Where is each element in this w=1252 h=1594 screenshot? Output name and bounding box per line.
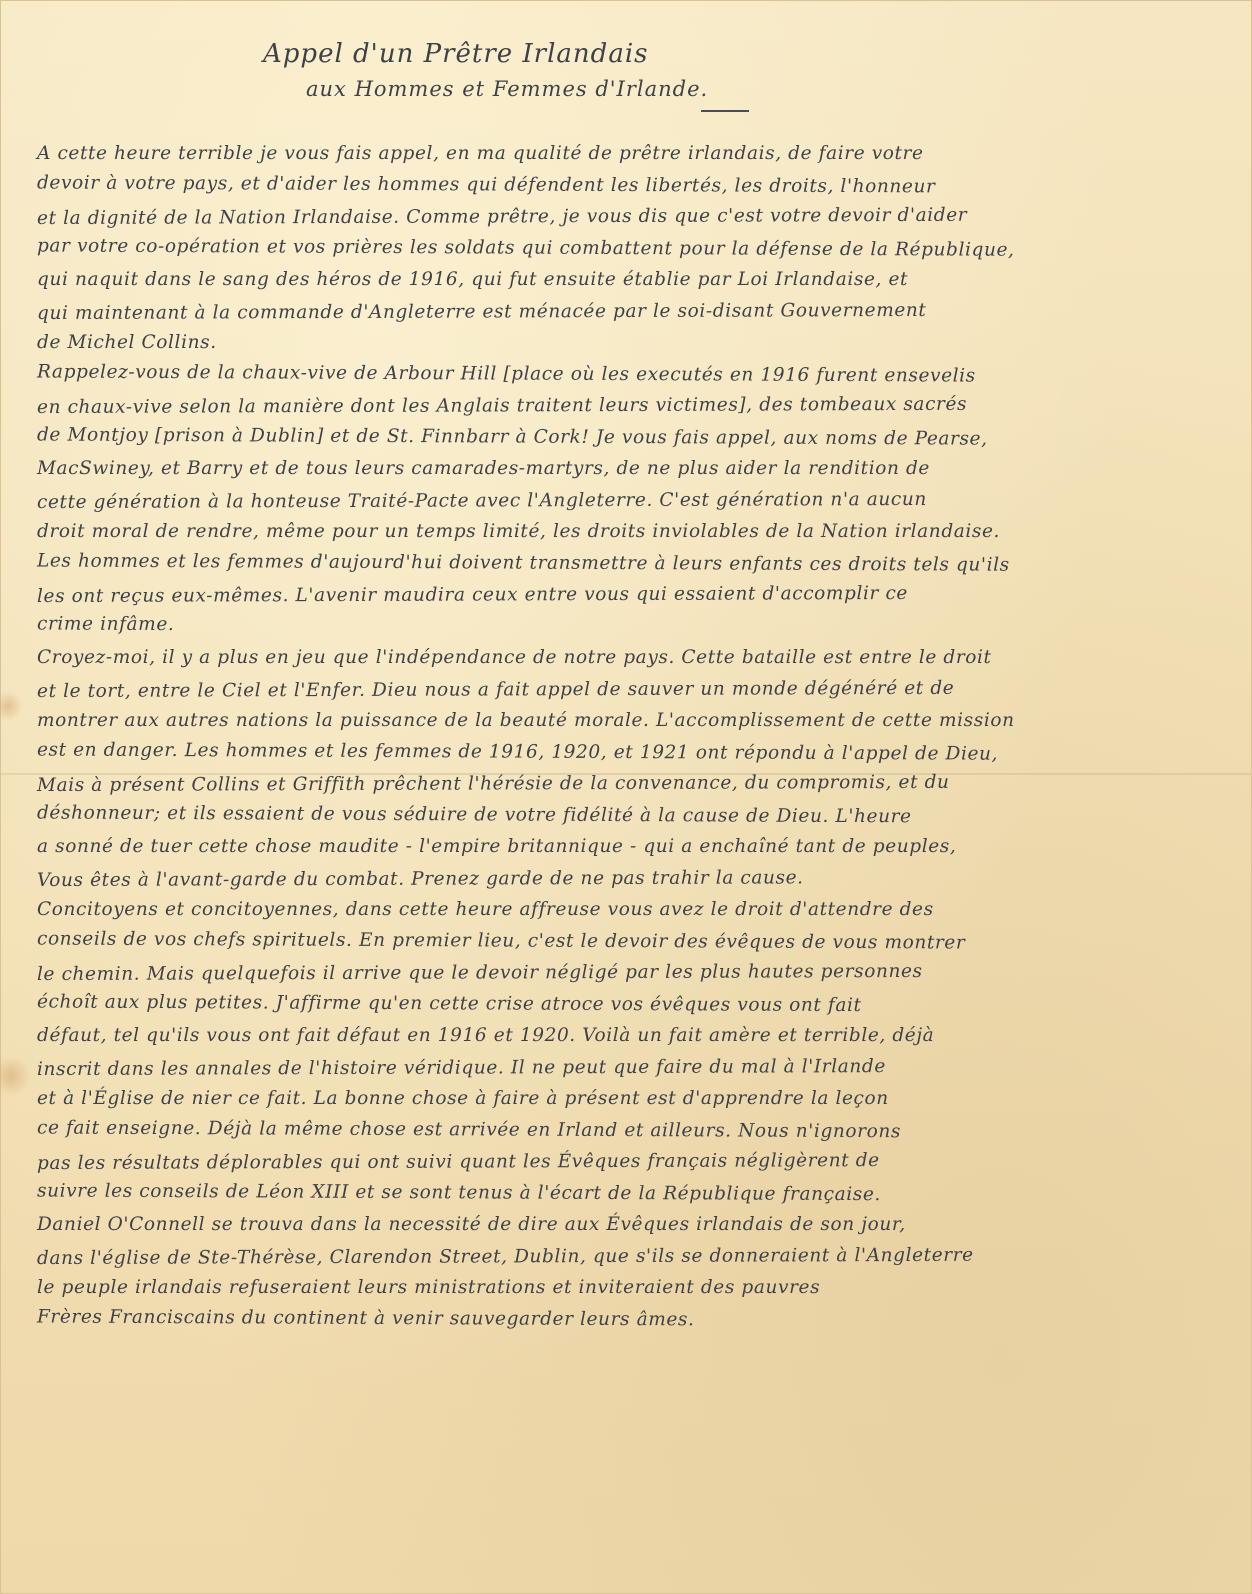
handwritten-line: a sonné de tuer cette chose maudite - l'…	[37, 831, 1197, 863]
handwritten-line: et la dignité de la Nation Irlandaise. C…	[37, 199, 1197, 235]
handwritten-line: pas les résultats déplorables qui ont su…	[37, 1144, 1197, 1180]
handwritten-line: en chaux-vive selon la manière dont les …	[37, 388, 1197, 424]
handwritten-line: Croyez-moi, il y a plus en jeu que l'ind…	[37, 642, 1197, 674]
handwritten-line: est en danger. Les hommes et les femmes …	[37, 734, 1197, 771]
letter-page: Appel d'un Prêtre Irlandais aux Hommes e…	[0, 0, 1252, 1594]
handwritten-line: et le tort, entre le Ciel et l'Enfer. Di…	[37, 671, 1197, 707]
handwritten-line: crime infâme.	[37, 608, 1197, 645]
handwritten-line: Les hommes et les femmes d'aujourd'hui d…	[37, 545, 1197, 582]
handwritten-line: suivre les conseils de Léon XIII et se s…	[37, 1175, 1197, 1212]
handwritten-line: Daniel O'Connell se trouva dans la neces…	[37, 1209, 1197, 1241]
letter-body: A cette heure terrible je vous fais appe…	[37, 138, 1197, 1335]
handwritten-line: le chemin. Mais quelquefois il arrive qu…	[37, 955, 1197, 991]
handwritten-line: le peuple irlandais refuseraient leurs m…	[37, 1272, 1197, 1304]
handwritten-line: les ont reçus eux-mêmes. L'avenir maudir…	[37, 577, 1197, 613]
paper-stain	[0, 691, 23, 721]
handwritten-line: qui naquit dans le sang des héros de 191…	[37, 264, 1197, 296]
handwritten-line: Mais à présent Collins et Griffith prêch…	[37, 766, 1197, 802]
handwritten-line: MacSwiney, et Barry et de tous leurs cam…	[37, 453, 1197, 485]
handwritten-line: Rappelez-vous de la chaux-vive de Arbour…	[37, 356, 1197, 393]
handwritten-line: conseils de vos chefs spirituels. En pre…	[37, 923, 1197, 960]
handwritten-line: et à l'Église de nier ce fait. La bonne …	[37, 1083, 1197, 1115]
handwritten-line: échoît aux plus petites. J'affirme qu'en…	[37, 986, 1197, 1023]
handwritten-line: Concitoyens et concitoyennes, dans cette…	[37, 894, 1197, 926]
letter-title: Appel d'un Prêtre Irlandais	[263, 39, 648, 69]
handwritten-line: A cette heure terrible je vous fais appe…	[37, 138, 1197, 170]
handwritten-line: de Michel Collins.	[37, 327, 1197, 359]
handwritten-line: ce fait enseigne. Déjà la même chose est…	[37, 1112, 1197, 1149]
handwritten-line: Frères Franciscains du continent à venir…	[37, 1301, 1197, 1338]
handwritten-line: montrer aux autres nations la puissance …	[37, 705, 1197, 737]
handwritten-line: déshonneur; et ils essaient de vous sédu…	[37, 797, 1197, 834]
paper-stain	[0, 1056, 31, 1096]
handwritten-line: par votre co-opération et vos prières le…	[37, 230, 1197, 267]
handwritten-line: Vous êtes à l'avant-garde du combat. Pre…	[37, 860, 1197, 896]
letter-subtitle: aux Hommes et Femmes d'Irlande.	[306, 77, 708, 101]
handwritten-line: défaut, tel qu'ils vous ont fait défaut …	[37, 1020, 1197, 1052]
handwritten-line: dans l'église de Ste-Thérèse, Clarendon …	[37, 1238, 1197, 1274]
handwritten-line: droit moral de rendre, même pour un temp…	[37, 516, 1197, 548]
handwritten-line: devoir à votre pays, et d'aider les homm…	[37, 167, 1197, 204]
handwritten-line: qui maintenant à la commande d'Angleterr…	[37, 293, 1197, 329]
handwritten-line: cette génération à la honteuse Traité-Pa…	[37, 482, 1197, 518]
handwritten-line: inscrit dans les annales de l'histoire v…	[37, 1049, 1197, 1085]
handwritten-line: de Montjoy [prison à Dublin] et de St. F…	[37, 419, 1197, 456]
subtitle-underline	[701, 110, 749, 112]
